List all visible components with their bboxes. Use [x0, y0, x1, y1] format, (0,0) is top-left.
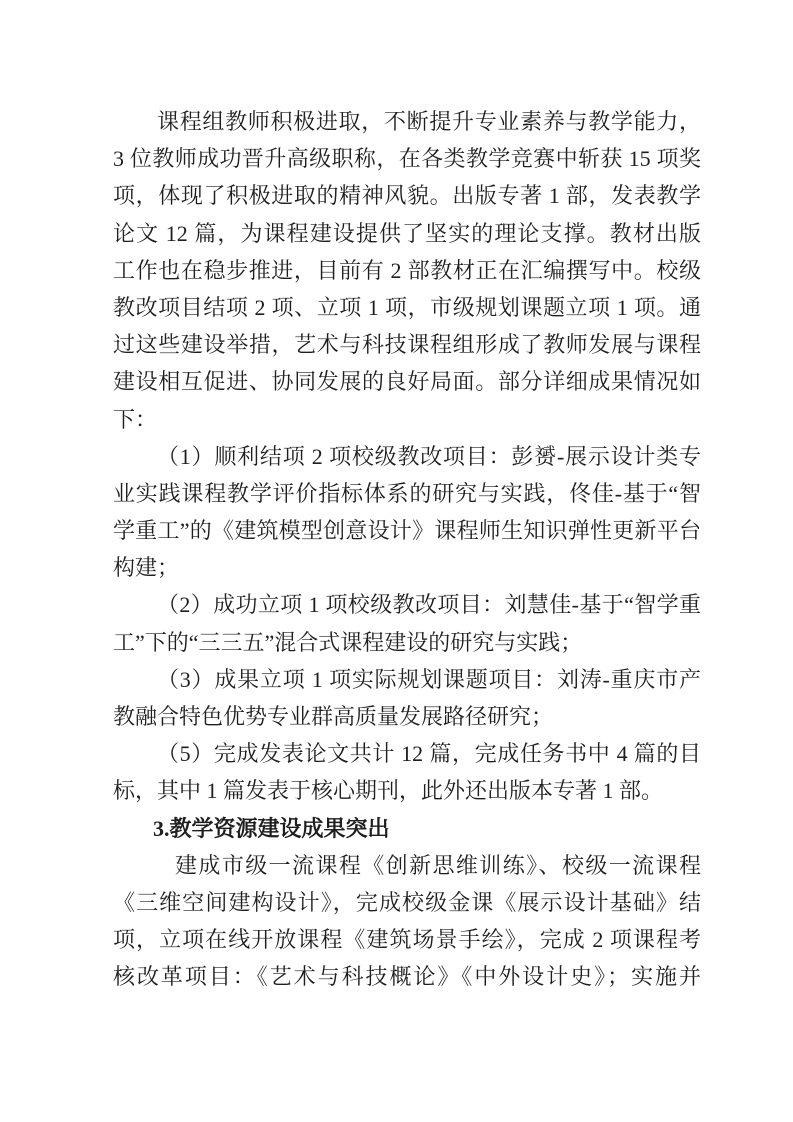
list-item-line: 构建； — [113, 549, 701, 586]
paragraph-line: 工作也在稳步推进，目前有 2 部教材正在汇编撰写中。校级 — [113, 252, 701, 289]
paragraph-line: 核改革项目：《艺术与科技概论》《中外设计史》；实施并 — [113, 958, 701, 995]
list-item-line: 标，其中 1 篇发表于核心期刊，此外还出版本专著 1 部。 — [113, 772, 701, 809]
list-item-line: （1）顺利结项 2 项校级教改项目：彭赟-展示设计类专 — [113, 438, 701, 475]
paragraph-line: 项，立项在线开放课程《建筑场景手绘》，完成 2 项课程考 — [113, 921, 701, 958]
paragraph-line: 《三维空间建构设计》，完成校级金课《展示设计基础》结 — [113, 884, 701, 921]
paragraph-line: 教改项目结项 2 项、立项 1 项，市级规划课题立项 1 项。通 — [113, 289, 701, 326]
list-item-line: （5）完成发表论文共计 12 篇，完成任务书中 4 篇的目 — [113, 735, 701, 772]
paragraph-line: 论文 12 篇，为课程建设提供了坚实的理论支撑。教材出版 — [113, 215, 701, 252]
section-heading: 3.教学资源建设成果突出 — [113, 810, 701, 847]
paragraph-line: 课程组教师积极进取，不断提升专业素养与教学能力， — [113, 103, 701, 140]
list-item-line: 学重工”的《建筑模型创意设计》课程师生知识弹性更新平台 — [113, 512, 701, 549]
document-body: 课程组教师积极进取，不断提升专业素养与教学能力， 3 位教师成功晋升高级职称，在… — [113, 103, 701, 996]
list-item-line: （2）成功立项 1 项校级教改项目：刘慧佳-基于“智学重 — [113, 586, 701, 623]
paragraph-line: 建成市级一流课程《创新思维训练》、校级一流课程 — [113, 847, 701, 884]
list-item-line: 工”下的“三三五”混合式课程建设的研究与实践； — [113, 624, 701, 661]
paragraph-line: 下： — [113, 401, 701, 438]
paragraph-line: 建设相互促进、协同发展的良好局面。部分详细成果情况如 — [113, 363, 701, 400]
paragraph-line: 3 位教师成功晋升高级职称，在各类教学竞赛中斩获 15 项奖 — [113, 140, 701, 177]
paragraph-line: 项，体现了积极进取的精神风貌。出版专著 1 部，发表教学 — [113, 177, 701, 214]
paragraph-line: 过这些建设举措，艺术与科技课程组形成了教师发展与课程 — [113, 326, 701, 363]
list-item-line: 教融合特色优势专业群高质量发展路径研究； — [113, 698, 701, 735]
document-page: 课程组教师积极进取，不断提升专业素养与教学能力， 3 位教师成功晋升高级职称，在… — [0, 0, 793, 1122]
list-item-line: （3）成果立项 1 项实际规划课题项目：刘涛-重庆市产 — [113, 661, 701, 698]
list-item-line: 业实践课程教学评价指标体系的研究与实践，佟佳-基于“智 — [113, 475, 701, 512]
